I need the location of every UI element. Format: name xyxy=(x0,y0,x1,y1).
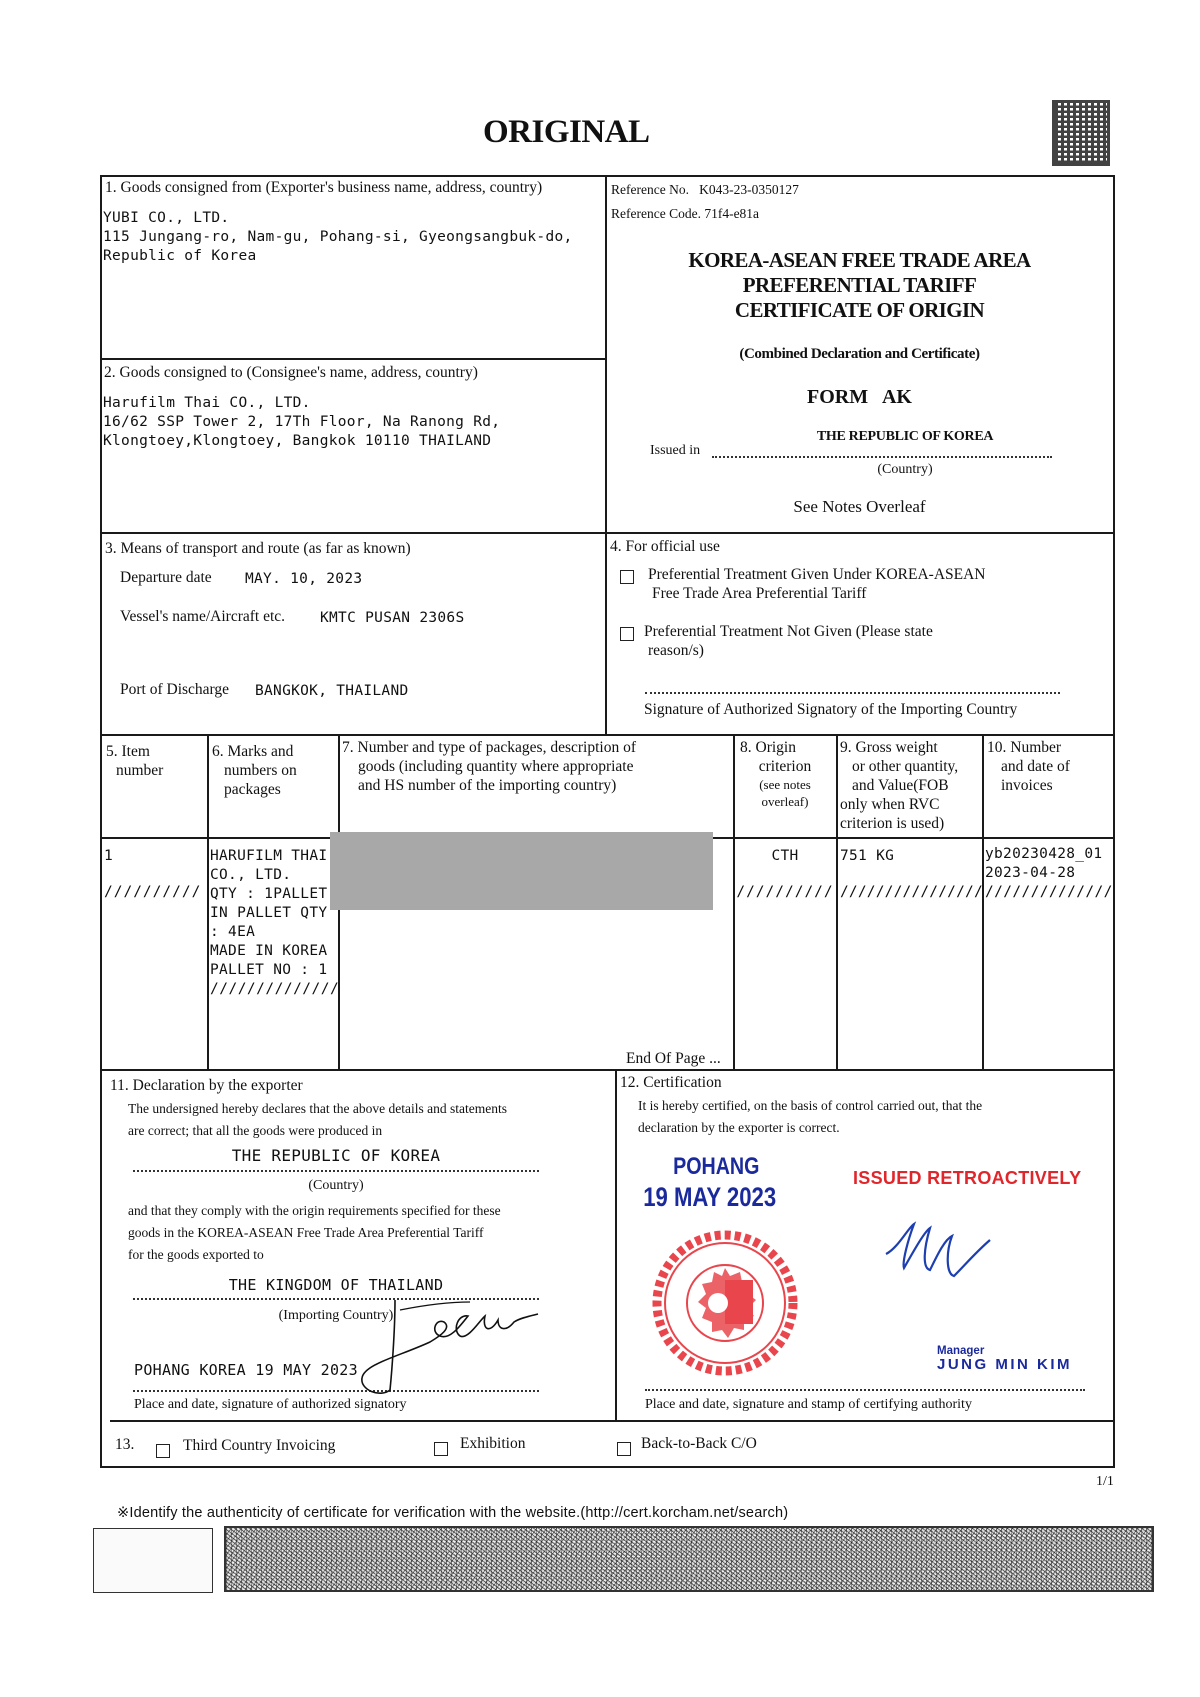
certifying-authority-caption: Place and date, signature and stamp of c… xyxy=(645,1397,972,1413)
exhibition-label: Exhibition xyxy=(460,1434,525,1453)
importing-signature-caption: Signature of Authorized Signatory of the… xyxy=(644,700,1017,719)
table-row-invoice: yb20230428_01 2023-04-28 ////////////// xyxy=(985,845,1113,902)
security-barcode-strip xyxy=(224,1526,1154,1592)
consignee-address-line1: 16/62 SSP Tower 2, 17Th Floor, Na Ranong… xyxy=(103,413,500,431)
certification-text: It is hereby certified, on the basis of … xyxy=(638,1095,982,1139)
vessel-value: KMTC PUSAN 2306S xyxy=(320,609,464,627)
header-description: 7. Number and type of packages, descript… xyxy=(342,738,636,795)
pohang-date-stamp: POHANG 19 MAY 2023 xyxy=(640,1152,779,1212)
box13: 13. xyxy=(115,1436,134,1454)
back-to-back-co-checkbox[interactable] xyxy=(617,1442,631,1456)
issued-retroactively-stamp: ISSUED RETROACTIVELY xyxy=(853,1168,1081,1189)
exporter-place-date: POHANG KOREA 19 MAY 2023 xyxy=(134,1361,358,1379)
see-notes-overleaf: See Notes Overleaf xyxy=(606,497,1113,517)
departure-date-value: MAY. 10, 2023 xyxy=(245,570,362,588)
header-gross-weight: 9. Gross weight or other quantity, and V… xyxy=(840,738,982,833)
produced-in-country-caption: (Country) xyxy=(133,1178,539,1194)
declaration-text-2: and that they comply with the origin req… xyxy=(128,1200,501,1266)
importing-signature-line xyxy=(645,692,1060,694)
produced-in-country: THE REPUBLIC OF KOREA xyxy=(133,1146,539,1165)
back-to-back-co-label: Back-to-Back C/O xyxy=(641,1434,757,1453)
box2-label: 2. Goods consigned to (Consignee's name,… xyxy=(104,363,478,382)
issued-in-label: Issued in xyxy=(650,443,700,459)
chamber-seal-icon xyxy=(650,1228,800,1378)
header-item-number: 5. Item number xyxy=(106,742,163,780)
issued-in-line xyxy=(712,456,1052,458)
reference-code-value: 71f4-e81a xyxy=(704,206,759,221)
consignee-address-line2: Klongtoey,Klongtoey, Bangkok 10110 THAIL… xyxy=(103,432,491,450)
reference-code-label: Reference Code. xyxy=(611,206,701,221)
stamp-date: 19 MAY 2023 xyxy=(640,1182,779,1212)
box1-label: 1. Goods consigned from (Exporter's busi… xyxy=(105,178,542,197)
third-country-invoicing-label: Third Country Invoicing xyxy=(183,1436,335,1455)
stamp-city: POHANG xyxy=(640,1152,779,1182)
table-row-gross-weight: 751 KG //////////////// xyxy=(840,847,983,901)
reference-number-label: Reference No. xyxy=(611,182,689,197)
manager-name: JUNG MIN KIM xyxy=(937,1356,1072,1373)
certificate-subtitle: (Combined Declaration and Certificate) xyxy=(606,346,1113,363)
exporter-name: YUBI CO., LTD. xyxy=(103,209,229,227)
certificate-title-line2: PREFERENTIAL TARIFF xyxy=(606,273,1113,298)
exhibition-checkbox[interactable] xyxy=(434,1442,448,1456)
third-country-invoicing-checkbox[interactable] xyxy=(156,1444,170,1458)
departure-date-label: Departure date xyxy=(120,568,212,587)
certifying-authority-line xyxy=(645,1389,1085,1391)
table-row-item-number: 1 ////////// xyxy=(104,847,201,901)
header-invoice-number-date: 10. Number and date of invoices xyxy=(987,738,1070,795)
table-row-marks: HARUFILM THAI CO., LTD. QTY : 1PALLET IN… xyxy=(210,847,339,999)
verification-code-box xyxy=(93,1528,213,1593)
certificate-title-line1: KOREA-ASEAN FREE TRADE AREA xyxy=(606,248,1113,273)
exporter-address-line2: Republic of Korea xyxy=(103,247,257,265)
box12-label: 12. Certification xyxy=(620,1073,722,1092)
qr-code-icon xyxy=(1052,100,1110,166)
header-origin-criterion: 8. Origin criterion (see notes overleaf) xyxy=(736,738,834,810)
exporter-signature xyxy=(340,1290,580,1405)
exporter-address-line1: 115 Jungang-ro, Nam-gu, Pohang-si, Gyeon… xyxy=(103,228,573,246)
reference-number-value: K043-23-0350127 xyxy=(699,182,799,197)
preferential-given-label: Preferential Treatment Given Under KOREA… xyxy=(648,565,986,603)
box4-label: 4. For official use xyxy=(610,537,720,556)
certificate-title: KOREA-ASEAN FREE TRADE AREA PREFERENTIAL… xyxy=(606,248,1113,323)
preferential-not-given-checkbox[interactable] xyxy=(620,627,634,641)
header-marks-numbers: 6. Marks and numbers on packages xyxy=(212,742,297,799)
port-of-discharge-label: Port of Discharge xyxy=(120,680,229,699)
description-redaction-block xyxy=(330,832,713,910)
form-name: FORM AK xyxy=(606,386,1113,409)
port-of-discharge-value: BANGKOK, THAILAND xyxy=(255,682,409,700)
preferential-not-given-label: Preferential Treatment Not Given (Please… xyxy=(644,622,933,660)
box13-number: 13. xyxy=(115,1436,134,1453)
table-row-origin-criterion: CTH ////////// xyxy=(736,847,834,901)
issued-in-value: THE REPUBLIC OF KOREA xyxy=(740,429,1070,445)
produced-in-line xyxy=(133,1170,539,1172)
reference-code: Reference Code. 71f4-e81a xyxy=(611,206,759,222)
document-title: ORIGINAL xyxy=(483,114,650,151)
vessel-label: Vessel's name/Aircraft etc. xyxy=(120,607,285,626)
preferential-given-checkbox[interactable] xyxy=(620,570,634,584)
certifier-signature xyxy=(880,1218,1000,1288)
reference-number: Reference No. K043-23-0350127 xyxy=(611,182,799,198)
page-number: 1/1 xyxy=(1096,1474,1114,1490)
certificate-title-line3: CERTIFICATE OF ORIGIN xyxy=(606,298,1113,323)
box3-label: 3. Means of transport and route (as far … xyxy=(105,539,411,558)
consignee-name: Harufilm Thai CO., LTD. xyxy=(103,394,311,412)
issued-in-country-caption: (Country) xyxy=(740,462,1070,478)
declaration-text-1: The undersigned hereby declares that the… xyxy=(128,1098,507,1142)
box11-label: 11. Declaration by the exporter xyxy=(110,1076,303,1095)
verification-note: ※Identify the authenticity of certificat… xyxy=(117,1505,788,1521)
end-of-page-marker: End Of Page ... xyxy=(626,1049,721,1068)
